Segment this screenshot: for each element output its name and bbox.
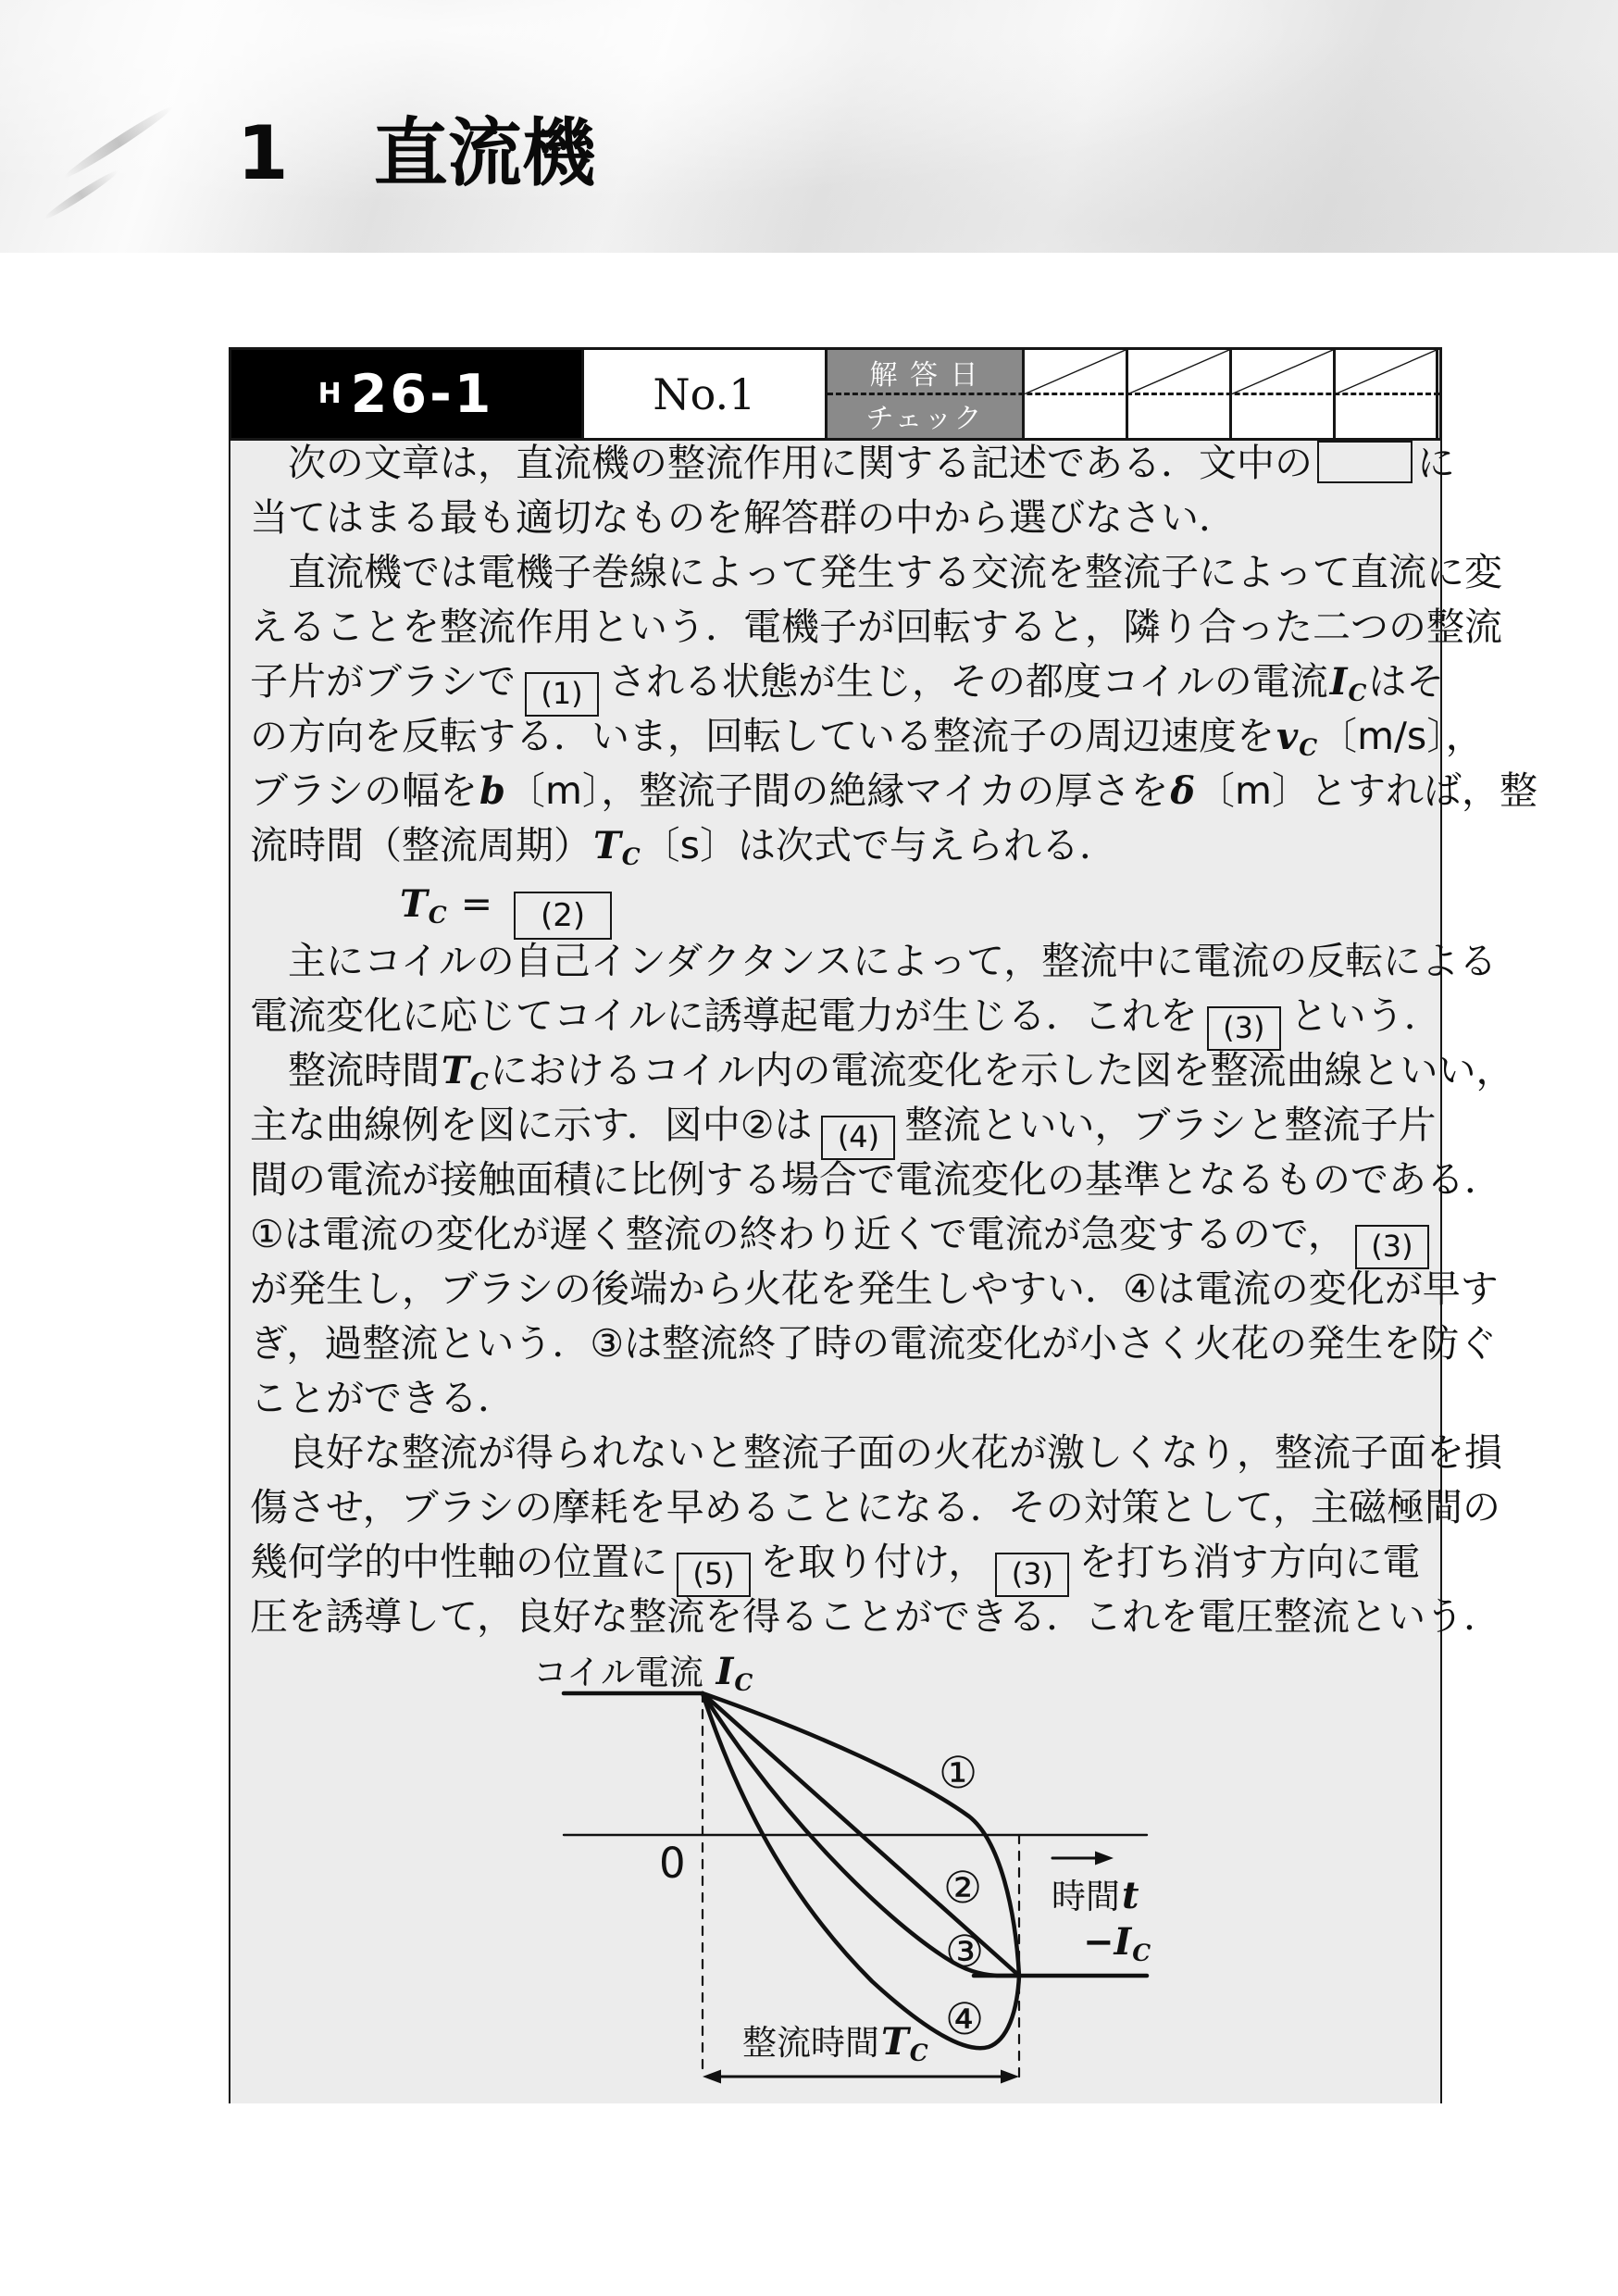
text-line: 整流時間TCにおけるコイル内の電流変化を示した図を整流曲線といい， xyxy=(250,1043,1431,1098)
text-segment: 〔m/s〕， xyxy=(1319,714,1484,758)
problem-header-row: H 26-1 No.1 解 答 日 チェック xyxy=(229,347,1442,441)
curve-label-3: ③ xyxy=(945,1930,984,1974)
variable: TC xyxy=(440,1049,491,1092)
text-segment: 〔s〕は次式で与えられる． xyxy=(642,823,1117,867)
commutation-curve-figure: コイル電流 IC 0 時間t −IC 整流時間TC ① ② ③ ④ xyxy=(520,1648,1168,2102)
text-segment: 整流時間 xyxy=(250,1048,440,1092)
text-segment: えることを整流作用という．電機子が回転すると，隣り合った二つの整流 xyxy=(250,605,1502,649)
text-segment: 流時間（整流周期） xyxy=(250,823,591,867)
text-segment: はそ xyxy=(1368,659,1444,704)
time-arrowhead xyxy=(1095,1852,1114,1865)
text-line: えることを整流作用という．電機子が回転すると，隣り合った二つの整流 xyxy=(250,600,1431,655)
chapter-title: 1 直流機 xyxy=(237,117,596,191)
text-segment: 整流といい，ブラシと整流子片 xyxy=(904,1103,1436,1147)
variable: TC xyxy=(591,824,642,867)
commutation-period-text: 整流時間 xyxy=(742,2023,879,2063)
text-segment: 傷させ，ブラシの摩耗を早めることになる．その対策として，主磁極間の xyxy=(250,1485,1500,1529)
text-segment: 当てはまる最も適切なものを解答群の中から選びなさい． xyxy=(250,495,1237,540)
blank-answer-box xyxy=(1317,441,1413,483)
text-line: TC = (2) xyxy=(250,873,1431,934)
text-segment: を取り付け， xyxy=(760,1540,986,1584)
problem-id: 26-1 xyxy=(351,364,494,425)
y-axis-label-text: コイル電流 xyxy=(533,1653,715,1692)
text-segment: ブラシの幅を xyxy=(250,768,478,813)
text-segment: が発生し，ブラシの後端から火花を発生しやすい．④は電流の変化が早す xyxy=(250,1267,1499,1311)
text-segment: 〔m〕とすれば，整 xyxy=(1197,768,1537,813)
text-line: 主な曲線例を図に示す．図中②は(4)整流といい，ブラシと整流子片 xyxy=(250,1098,1431,1153)
text-segment: 良好な整流が得られないと整流子面の火花が激しくなり，整流子面を損 xyxy=(250,1430,1502,1475)
variable: b xyxy=(478,769,507,813)
y-axis-variable: IC xyxy=(715,1650,755,1693)
banner-texture xyxy=(61,103,175,181)
text-segment: ぎ，過整流という．③は整流終了時の電流変化が小さく火花の発生を防ぐ xyxy=(250,1321,1497,1366)
text-line: ことができる． xyxy=(250,1371,1431,1426)
text-segment: される状態が生じ，その都度コイルの電流 xyxy=(608,659,1328,704)
text-segment: 間の電流が接触面積に比例する場合で電流変化の基準となるものである． xyxy=(250,1157,1502,1202)
text-line: ①は電流の変化が遅く整流の終わり近くで電流が急変するので，(3) xyxy=(250,1207,1431,1262)
problem-number-cell: No.1 xyxy=(584,350,828,438)
x-axis-label-text: 時間 xyxy=(1052,1877,1120,1916)
chapter-number: 1 xyxy=(237,117,289,191)
curve-label-1: ① xyxy=(939,1752,977,1795)
problem-id-cell: H 26-1 xyxy=(231,350,584,438)
y-axis-label: コイル電流 IC xyxy=(533,1644,754,1696)
variable: IC xyxy=(1328,660,1369,704)
x-axis-label: 時間t xyxy=(1052,1868,1140,1918)
variable: vC xyxy=(1275,715,1319,758)
text-segment: 直流機では電機子巻線によって発生する交流を整流子によって直流に変 xyxy=(250,550,1502,594)
commutation-period-variable: TC xyxy=(879,2020,930,2064)
text-line: 間の電流が接触面積に比例する場合で電流変化の基準となるものである． xyxy=(250,1153,1431,1207)
text-segment: 次の文章は，直流機の整流作用に関する記述である．文中の xyxy=(250,441,1313,485)
text-line: の方向を反転する．いま，回転している整流子の周辺速度をvC〔m/s〕， xyxy=(250,709,1431,764)
text-segment: という． xyxy=(1290,993,1442,1038)
origin-label: 0 xyxy=(659,1839,686,1888)
text-segment: 電流変化に応じてコイルに誘導起電力が生じる．これを xyxy=(250,993,1198,1038)
text-line: 次の文章は，直流機の整流作用に関する記述である．文中のに xyxy=(250,436,1431,491)
text-line: 圧を誘導して，良好な整流を得ることができる．これを電圧整流という． xyxy=(250,1590,1431,1644)
text-line: 主にコイルの自己インダクタンスによって，整流中に電流の反転による xyxy=(250,934,1431,989)
text-segment: を打ち消す方向に電 xyxy=(1078,1540,1420,1584)
text-segment: 主にコイルの自己インダクタンスによって，整流中に電流の反転による xyxy=(250,939,1497,983)
chapter-title-text: 直流機 xyxy=(374,117,596,191)
text-segment: 幾何学的中性軸の位置に xyxy=(250,1540,667,1584)
page: 1 直流機 H 26-1 No.1 解 答 日 チェック xyxy=(0,0,1618,2296)
text-line: 直流機では電機子巻線によって発生する交流を整流子によって直流に変 xyxy=(250,545,1431,600)
problem-number: No.1 xyxy=(653,369,755,419)
variable: δ xyxy=(1168,769,1197,813)
text-line: 良好な整流が得られないと整流子面の火花が激しくなり，整流子面を損 xyxy=(250,1426,1431,1480)
text-line: 傷させ，ブラシの摩耗を早めることになる．その対策として，主磁極間の xyxy=(250,1480,1431,1535)
text-line: 幾何学的中性軸の位置に(5)を取り付け，(3)を打ち消す方向に電 xyxy=(250,1535,1431,1590)
text-line: が発生し，ブラシの後端から火花を発生しやすい．④は電流の変化が早す xyxy=(250,1262,1431,1316)
header-dashed-divider xyxy=(828,393,1438,395)
variable: TC xyxy=(398,882,449,926)
problem-box: H 26-1 No.1 解 答 日 チェック xyxy=(229,347,1442,2103)
check-label: チェック xyxy=(828,394,1022,439)
text-segment: 圧を誘導して，良好な整流を得ることができる．これを電圧整流という． xyxy=(250,1594,1501,1639)
text-line: 当てはまる最も適切なものを解答群の中から選びなさい． xyxy=(250,491,1431,545)
text-block: 次の文章は，直流機の整流作用に関する記述である．文中のに当てはまる最も適切なもの… xyxy=(250,436,1431,1644)
text-segment: ことができる． xyxy=(250,1376,516,1420)
text-segment: 主な曲線例を図に示す．図中②は xyxy=(250,1103,812,1147)
text-segment: = xyxy=(449,881,504,926)
text-segment: ①は電流の変化が遅く整流の終わり近くで電流が急変するので， xyxy=(250,1212,1346,1256)
text-line: 電流変化に応じてコイルに誘導起電力が生じる．これを(3)という． xyxy=(250,989,1431,1043)
problem-id-prefix: H xyxy=(318,378,342,410)
answer-date-label: 解 答 日 xyxy=(828,350,1022,394)
answer-ref-box: (2) xyxy=(514,892,612,940)
text-line: 子片がブラシで(1)される状態が生じ，その都度コイルの電流ICはそ xyxy=(250,655,1431,709)
minus-ic-label: −IC xyxy=(1081,1920,1152,1966)
commutation-period-label: 整流時間TC xyxy=(742,2015,930,2066)
text-segment: におけるコイル内の電流変化を示した図を整流曲線といい， xyxy=(491,1048,1514,1092)
curve-label-4: ④ xyxy=(945,1998,984,2041)
banner-texture xyxy=(42,168,120,222)
text-segment: に xyxy=(1417,441,1455,485)
chapter-banner: 1 直流機 xyxy=(0,0,1618,253)
curve-label-2: ② xyxy=(943,1866,982,1910)
period-arrowhead-right xyxy=(1001,2070,1019,2084)
text-line: ブラシの幅をb〔m〕，整流子間の絶縁マイカの厚さをδ〔m〕とすれば，整 xyxy=(250,764,1431,818)
text-segment: 〔m〕，整流子間の絶縁マイカの厚さを xyxy=(507,768,1168,813)
text-segment: の方向を反転する．いま，回転している整流子の周辺速度を xyxy=(250,714,1275,758)
minus-ic-variable: −IC xyxy=(1081,1920,1152,1964)
period-arrowhead-left xyxy=(703,2070,721,2084)
text-segment: 子片がブラシで xyxy=(250,659,516,704)
text-line: ぎ，過整流という．③は整流終了時の電流変化が小さく火花の発生を防ぐ xyxy=(250,1316,1431,1371)
text-line: 流時間（整流周期）TC〔s〕は次式で与えられる． xyxy=(250,818,1431,873)
x-axis-variable: t xyxy=(1120,1874,1140,1917)
